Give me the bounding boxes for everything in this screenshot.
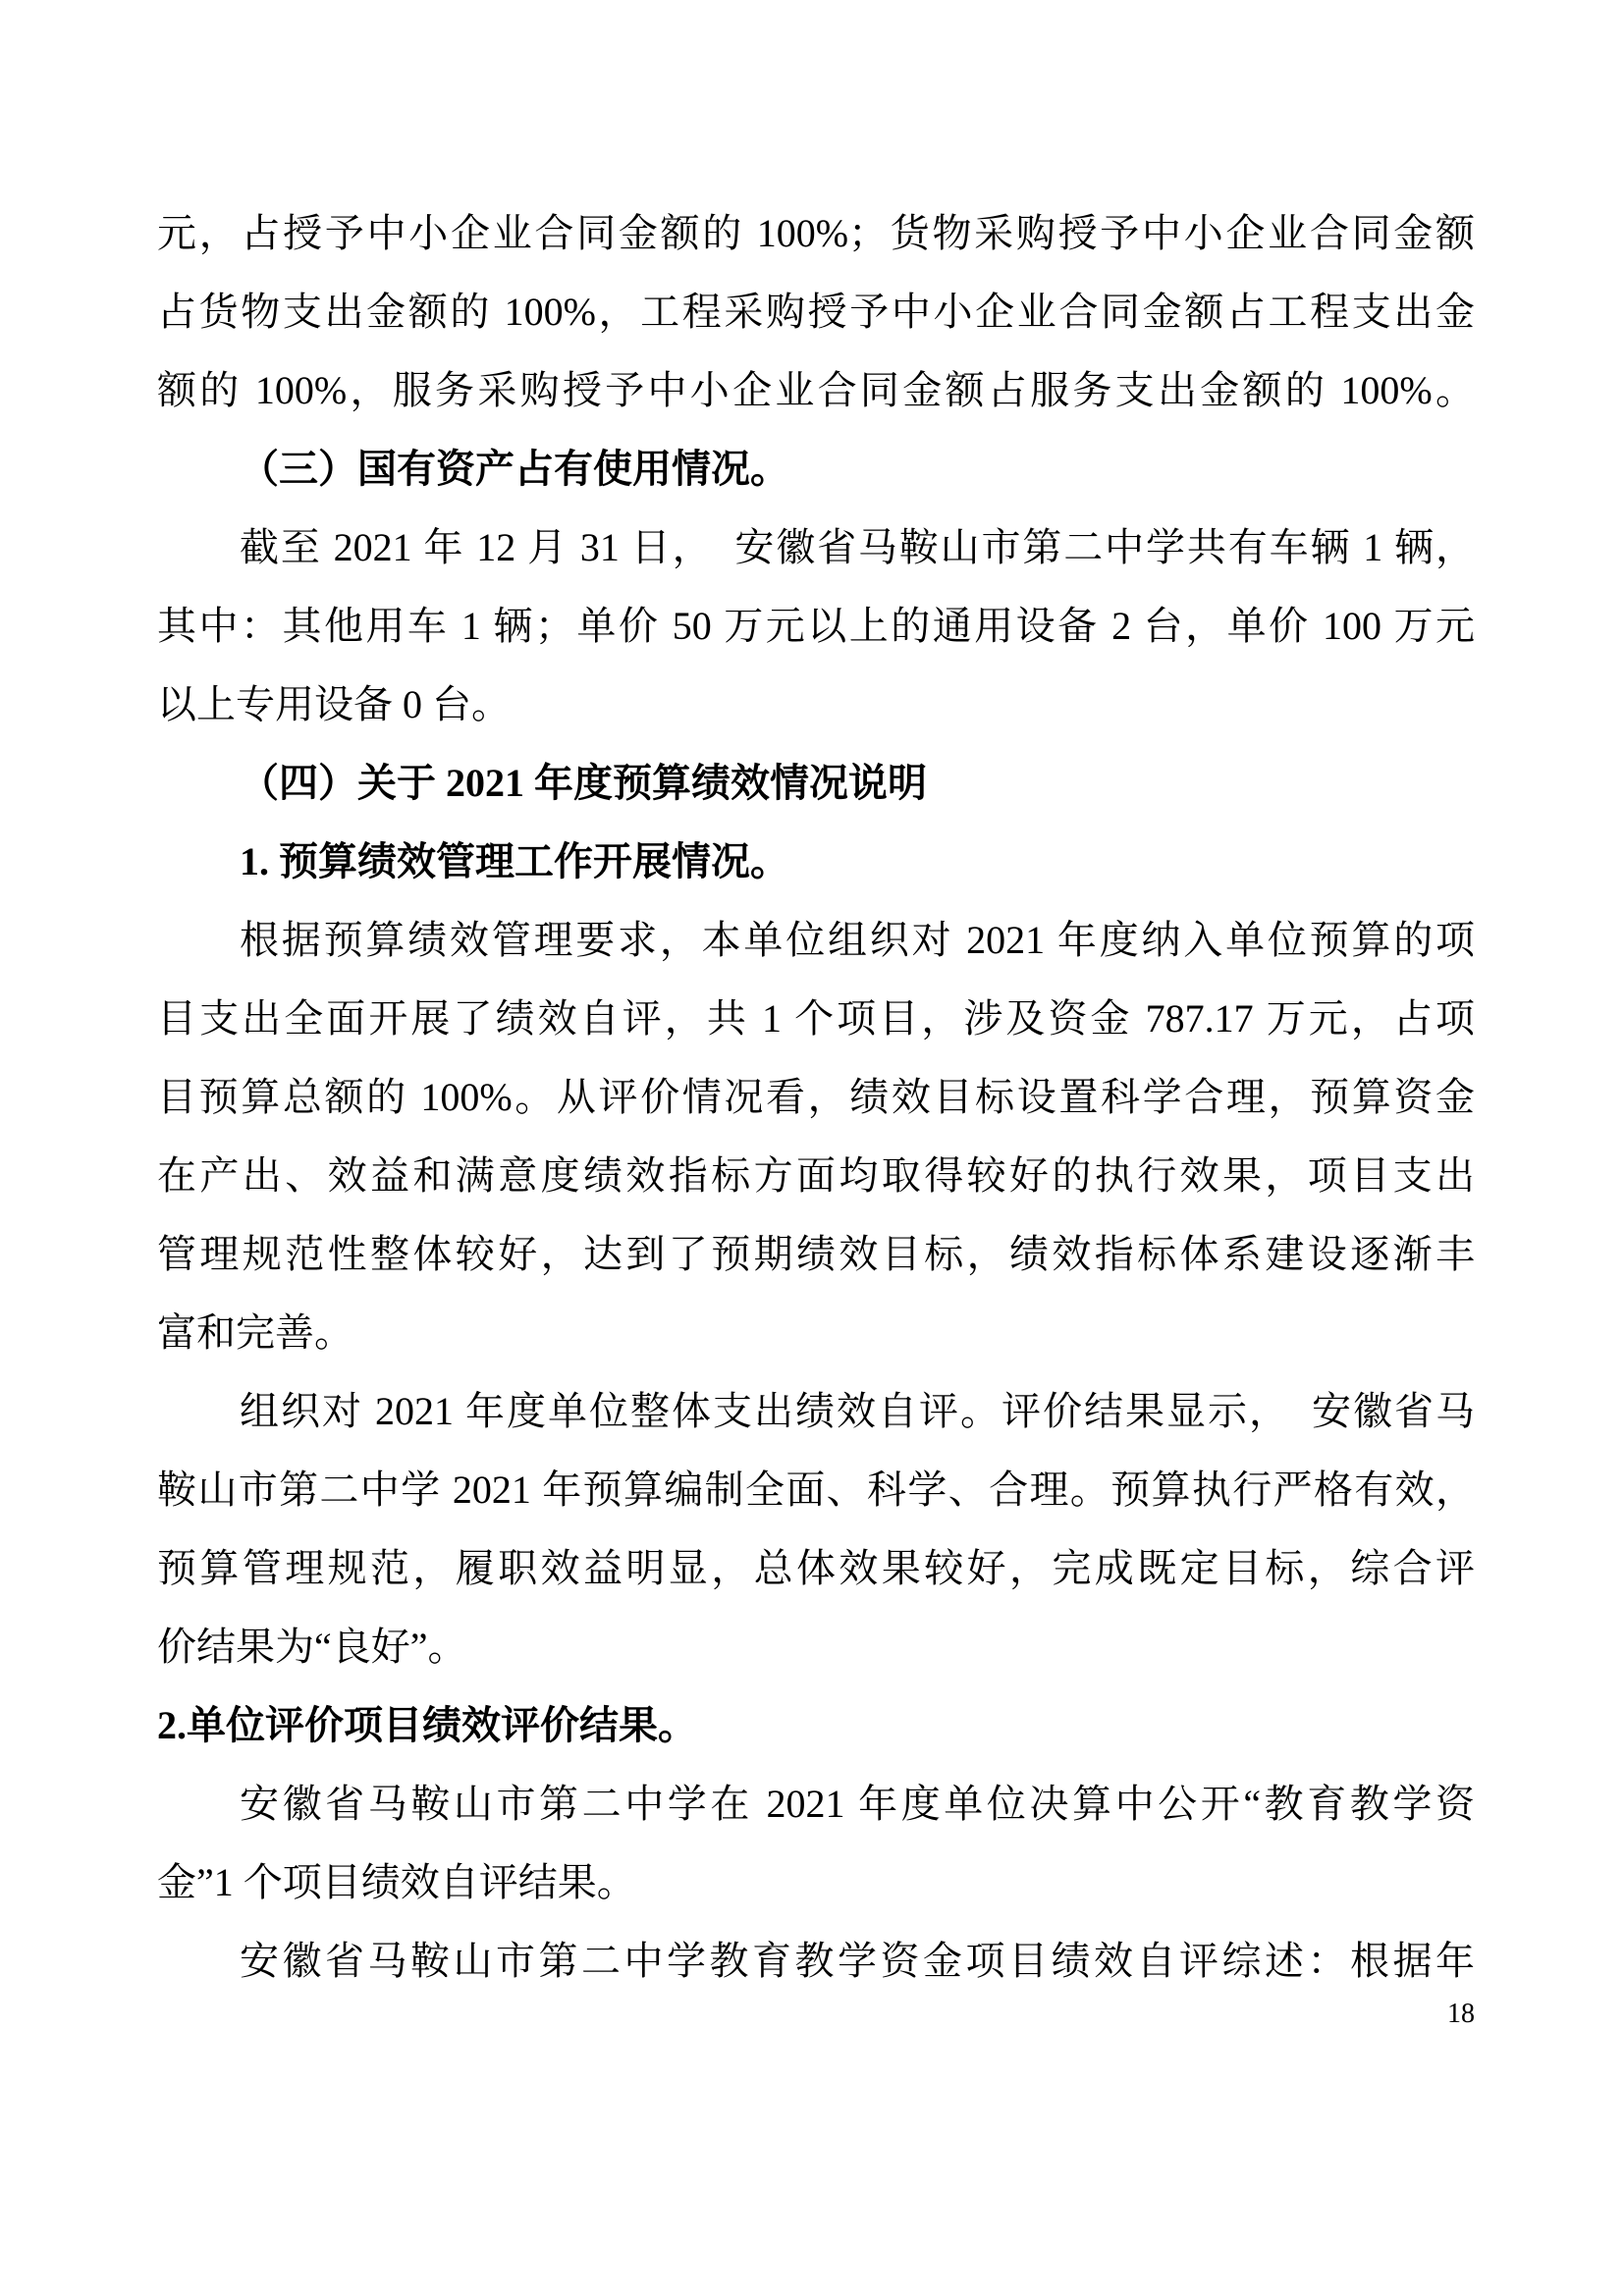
section-heading-3: （三）国有资产占有使用情况。 (157, 430, 1475, 508)
paragraph-line: 占货物支出金额的 100%，工程采购授予中小企业合同金额占工程支出金 (157, 273, 1475, 351)
paragraph-line: 富和完善。 (157, 1294, 1475, 1372)
page-text-content: 元，占授予中小企业合同金额的 100%；货物采购授予中小企业合同金额 占货物支出… (157, 194, 1475, 2001)
paragraph-line: 管理规范性整体较好，达到了预期绩效目标，绩效指标体系建设逐渐丰 (157, 1215, 1475, 1294)
paragraph-line: 在产出、效益和满意度绩效指标方面均取得较好的执行效果，项目支出 (157, 1137, 1475, 1215)
section-heading-4: （四）关于 2021 年度预算绩效情况说明 (157, 744, 1475, 823)
paragraph-line: 目预算总额的 100%。从评价情况看，绩效目标设置科学合理，预算资金 (157, 1058, 1475, 1137)
paragraph-line: 元，占授予中小企业合同金额的 100%；货物采购授予中小企业合同金额 (157, 194, 1475, 273)
paragraph-line: 价结果为“良好”。 (157, 1608, 1475, 1686)
paragraph-line: 额的 100%，服务采购授予中小企业合同金额占服务支出金额的 100%。 (157, 351, 1475, 430)
subsection-heading-1: 1. 预算绩效管理工作开展情况。 (157, 823, 1475, 901)
document-page: 元，占授予中小企业合同金额的 100%；货物采购授予中小企业合同金额 占货物支出… (0, 0, 1624, 2296)
paragraph-line: 鞍山市第二中学 2021 年预算编制全面、科学、合理。预算执行严格有效， (157, 1451, 1475, 1529)
subsection-heading-2: 2.单位评价项目绩效评价结果。 (157, 1686, 1475, 1765)
paragraph-line: 截至 2021 年 12 月 31 日， 安徽省马鞍山市第二中学共有车辆 1 辆… (157, 508, 1475, 587)
paragraph-line: 目支出全面开展了绩效自评，共 1 个项目，涉及资金 787.17 万元，占项 (157, 980, 1475, 1058)
paragraph-line: 根据预算绩效管理要求，本单位组织对 2021 年度纳入单位预算的项 (157, 901, 1475, 980)
paragraph-line: 其中：其他用车 1 辆；单价 50 万元以上的通用设备 2 台，单价 100 万… (157, 587, 1475, 666)
paragraph-line: 金”1 个项目绩效自评结果。 (157, 1843, 1475, 1922)
paragraph-line: 组织对 2021 年度单位整体支出绩效自评。评价结果显示， 安徽省马 (157, 1372, 1475, 1451)
page-number: 18 (157, 1999, 1475, 2030)
paragraph-line: 安徽省马鞍山市第二中学教育教学资金项目绩效自评综述：根据年 (157, 1922, 1475, 2001)
paragraph-line: 以上专用设备 0 台。 (157, 666, 1475, 744)
paragraph-line: 预算管理规范，履职效益明显，总体效果较好，完成既定目标，综合评 (157, 1529, 1475, 1608)
paragraph-line: 安徽省马鞍山市第二中学在 2021 年度单位决算中公开“教育教学资 (157, 1765, 1475, 1843)
